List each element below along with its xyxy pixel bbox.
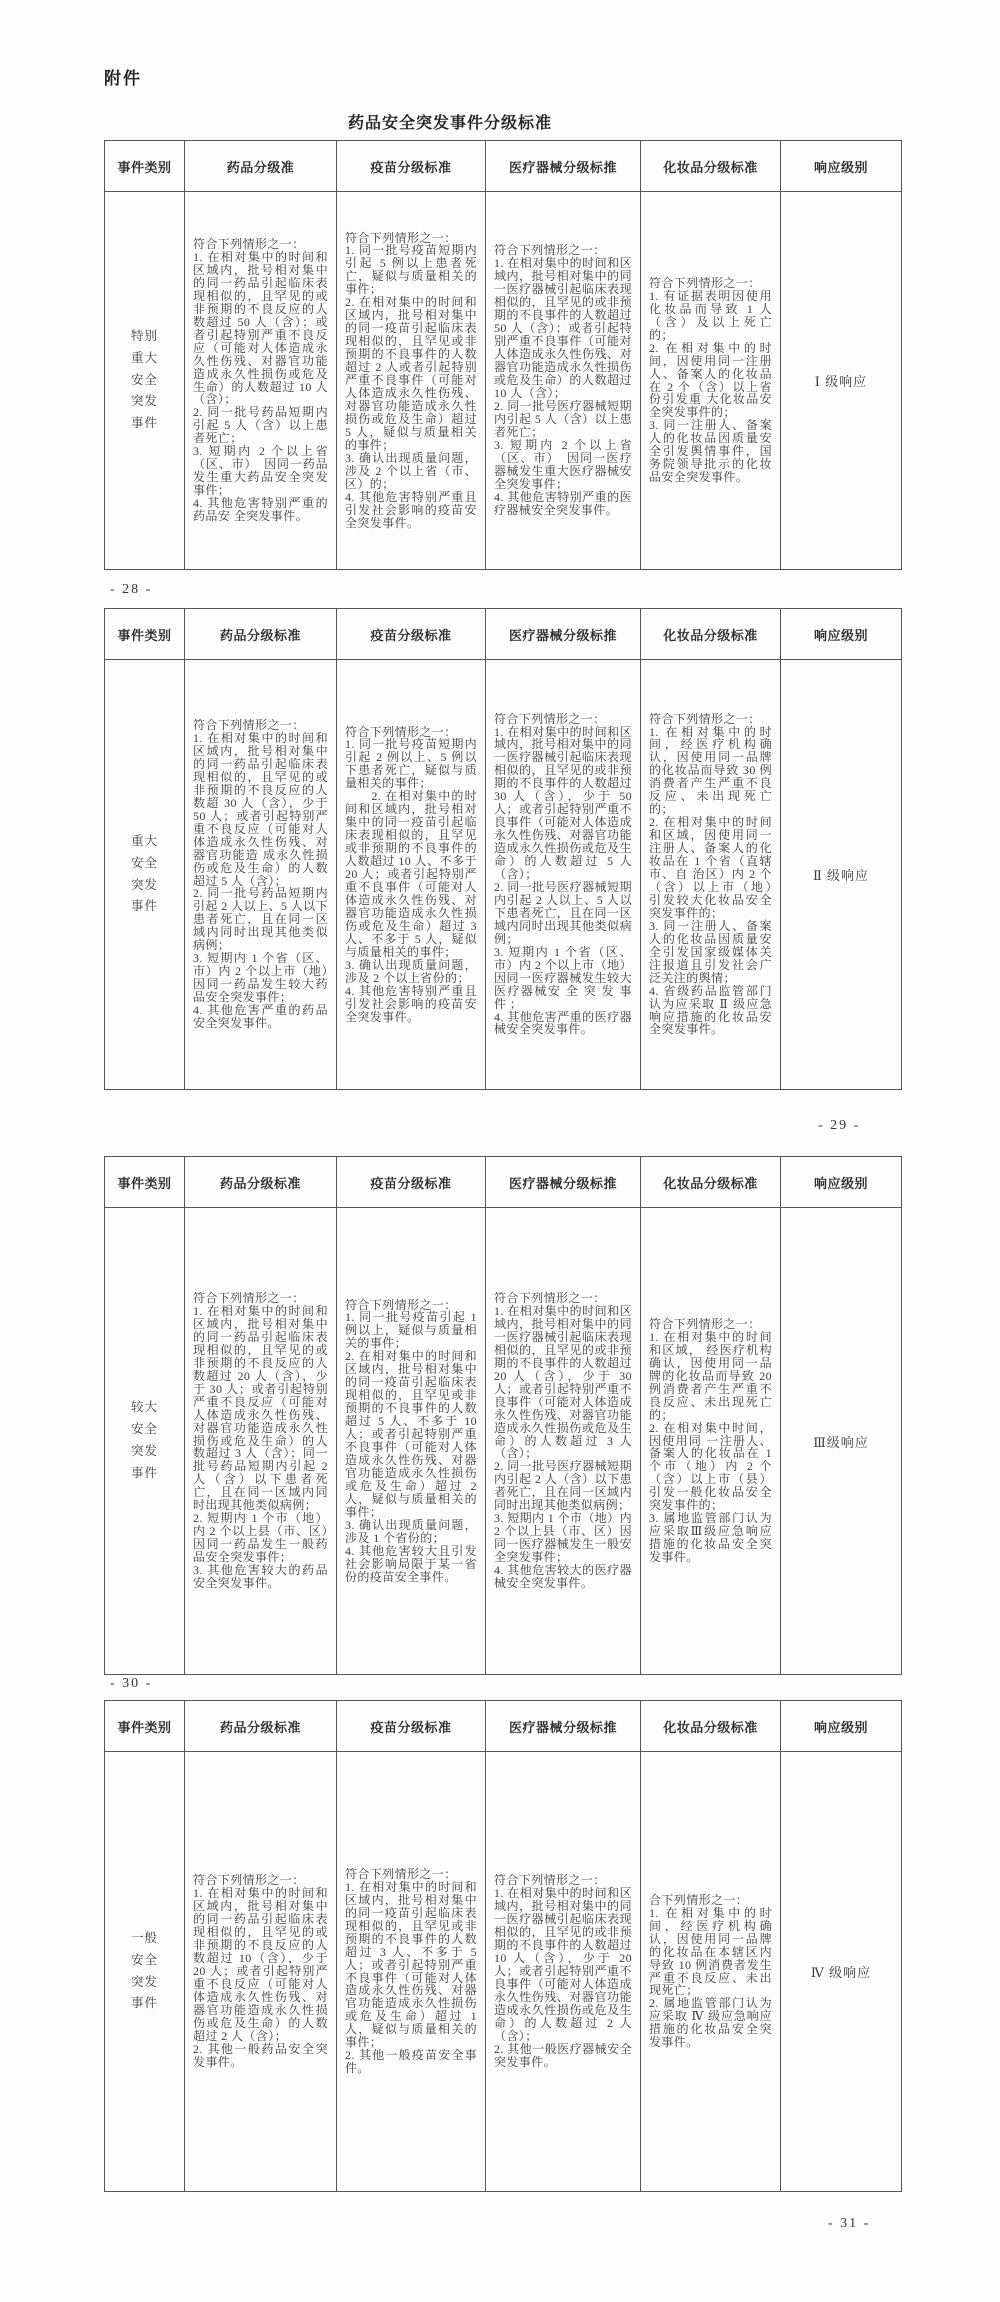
drug-standard-cell: 符合下列情形之一： 1. 在相对集中的时间和区域内，批号相对集中的同一药品引起临…	[185, 1208, 337, 1675]
cosmetics-standard-cell: 符合下列情形之一： 1. 有证据表明因使用化妆品而导致 1 人（含）及以上死亡的…	[641, 192, 781, 570]
vaccine-standard-cell: 符合下列情形之一： 1. 同一批号疫苗短期内引起 2 例以上、5 例以下患者死亡…	[337, 660, 486, 1090]
header-cosmetics-standard: 化妆品分级标准	[641, 1701, 781, 1752]
table-data-row: 重大 安全 突发 事件 符合下列情形之一： 1. 在相对集中的时间和区域内，批号…	[105, 660, 902, 1090]
header-event-category: 事件类别	[105, 1701, 185, 1752]
header-cosmetics-standard: 化妆品分级标准	[641, 141, 781, 192]
drug-standard-cell: 符合下列情形之一： 1. 在相对集中的时间和区域内，批号相对集中的同一药品引起临…	[185, 192, 337, 570]
cosmetics-standard-cell: 合下列情形之一： 1. 在相对集中的时间，经医疗机构确认，因使用同一品牌的化妆品…	[641, 1752, 781, 2192]
table-data-row: 特别 重大 安全 突发 事件 符合下列情形之一： 1. 在相对集中的时间和区域内…	[105, 192, 902, 570]
table-header-row: 事件类别 药品分级准 疫苗分级标准 医疗器械分级标推 化妆品分级标准 响应级别	[105, 141, 902, 192]
grade-table-considerable: 事件类别 药品分级标准 疫苗分级标准 医疗器械分级标推 化妆品分级标准 响应级别…	[104, 1156, 901, 1675]
device-standard-cell: 符合下列情形之一： 1. 在相对集中的时间和区域内，批号相对集中的同一医疗器械引…	[486, 1208, 641, 1675]
header-cosmetics-standard: 化妆品分级标准	[641, 1157, 781, 1208]
header-vaccine-standard: 疫苗分级标准	[337, 1701, 486, 1752]
header-device-standard: 医疗器械分级标推	[486, 141, 641, 192]
response-level-cell: Ⅲ级响应	[781, 1208, 902, 1675]
header-event-category: 事件类别	[105, 141, 185, 192]
table-header-row: 事件类别 药品分级标准 疫苗分级标准 医疗器械分级标推 化妆品分级标准 响应级别	[105, 609, 902, 660]
event-category-cell: 一般 安全 突发 事件	[105, 1752, 185, 2192]
header-device-standard: 医疗器械分级标推	[486, 1701, 641, 1752]
response-level-cell: Ⅱ 级响应	[781, 660, 902, 1090]
device-standard-cell: 符合下列情形之一： 1. 在相对集中的时间和区域内，批号相对集中的同一医疗器械引…	[486, 192, 641, 570]
header-response-level: 响应级别	[781, 609, 902, 660]
table-data-row: 一般 安全 突发 事件 符合下列情形之一： 1. 在相对集中的时间和区域内，批号…	[105, 1752, 902, 2192]
header-cosmetics-standard: 化妆品分级标准	[641, 609, 781, 660]
document-page: 附件 药品安全突发事件分级标准 事件类别 药品分级准 疫苗分级标准 医疗器械分级…	[0, 0, 1000, 2302]
header-response-level: 响应级别	[781, 1701, 902, 1752]
table-header-row: 事件类别 药品分级标准 疫苗分级标准 医疗器械分级标推 化妆品分级标准 响应级别	[105, 1157, 902, 1208]
drug-standard-cell: 符合下列情形之一： 1. 在相对集中的时间和区域内，批号相对集中的同一药品引起临…	[185, 1752, 337, 2192]
vaccine-standard-cell: 符合下列情形之一： 1. 在相对集中的时间和区域内，批号相对集中的同一疫苗引起临…	[337, 1752, 486, 2192]
header-response-level: 响应级别	[781, 1157, 902, 1208]
event-category-cell: 较大 安全 突发 事件	[105, 1208, 185, 1675]
header-drug-standard: 药品分级标准	[185, 1157, 337, 1208]
table-header-row: 事件类别 药品分级标准 疫苗分级标准 医疗器械分级标推 化妆品分级标准 响应级别	[105, 1701, 902, 1752]
header-event-category: 事件类别	[105, 609, 185, 660]
grade-table-major: 事件类别 药品分级标准 疫苗分级标准 医疗器械分级标推 化妆品分级标准 响应级别…	[104, 608, 901, 1090]
header-device-standard: 医疗器械分级标推	[486, 609, 641, 660]
header-drug-standard: 药品分级准	[185, 141, 337, 192]
event-category-cell: 重大 安全 突发 事件	[105, 660, 185, 1090]
grade-table-general: 事件类别 药品分级标准 疫苗分级标准 医疗器械分级标推 化妆品分级标准 响应级别…	[104, 1700, 901, 2192]
drug-standard-cell: 符合下列情形之一： 1. 在相对集中的时间和区域内，批号相对集中的同一药品引起临…	[185, 660, 337, 1090]
response-level-cell: Ⅳ 级响应	[781, 1752, 902, 2192]
response-level-cell: Ⅰ 级响应	[781, 192, 902, 570]
cosmetics-standard-cell: 符合下列情形之一： 1. 在相对集中的时间，经医疗机构确认，因使用同一品牌的化妆…	[641, 660, 781, 1090]
page-number-29: - 29 -	[818, 1118, 860, 1134]
table-data-row: 较大 安全 突发 事件 符合下列情形之一： 1. 在相对集中的时间和区域内，批号…	[105, 1208, 902, 1675]
cosmetics-standard-cell: 符合下列情形之一： 1. 在相对集中的时间和区域， 经医疗机构确认，因使用同一品…	[641, 1208, 781, 1675]
device-standard-cell: 符合下列情形之一： 1. 在相对集中的时间和区域内，批号相对集中的同一医疗器械引…	[486, 660, 641, 1090]
document-title: 药品安全突发事件分级标准	[0, 110, 900, 133]
device-standard-cell: 符合下列情形之一： 1. 在相对集中的时间和区域内，批号相对集中的同一医疗器械引…	[486, 1752, 641, 2192]
grade-table-special-major: 事件类别 药品分级准 疫苗分级标准 医疗器械分级标推 化妆品分级标准 响应级别 …	[104, 140, 901, 570]
event-category-cell: 特别 重大 安全 突发 事件	[105, 192, 185, 570]
header-vaccine-standard: 疫苗分级标准	[337, 141, 486, 192]
page-number-30: - 30 -	[110, 1676, 152, 1692]
page-number-28: - 28 -	[110, 582, 152, 598]
vaccine-standard-cell: 符合下列情形之一： 1. 同一批号疫苗引起 1 例以上，疑似与质量相关的事件； …	[337, 1208, 486, 1675]
header-drug-standard: 药品分级标准	[185, 609, 337, 660]
header-event-category: 事件类别	[105, 1157, 185, 1208]
header-drug-standard: 药品分级标准	[185, 1701, 337, 1752]
header-vaccine-standard: 疫苗分级标准	[337, 609, 486, 660]
header-response-level: 响应级别	[781, 141, 902, 192]
attachment-label: 附件	[104, 64, 142, 89]
header-device-standard: 医疗器械分级标推	[486, 1157, 641, 1208]
page-number-31: - 31 -	[828, 2216, 870, 2232]
header-vaccine-standard: 疫苗分级标准	[337, 1157, 486, 1208]
vaccine-standard-cell: 符合下列情形之一： 1. 同一批号疫苗短期内引起 5 例以上患者死亡，疑似与质量…	[337, 192, 486, 570]
